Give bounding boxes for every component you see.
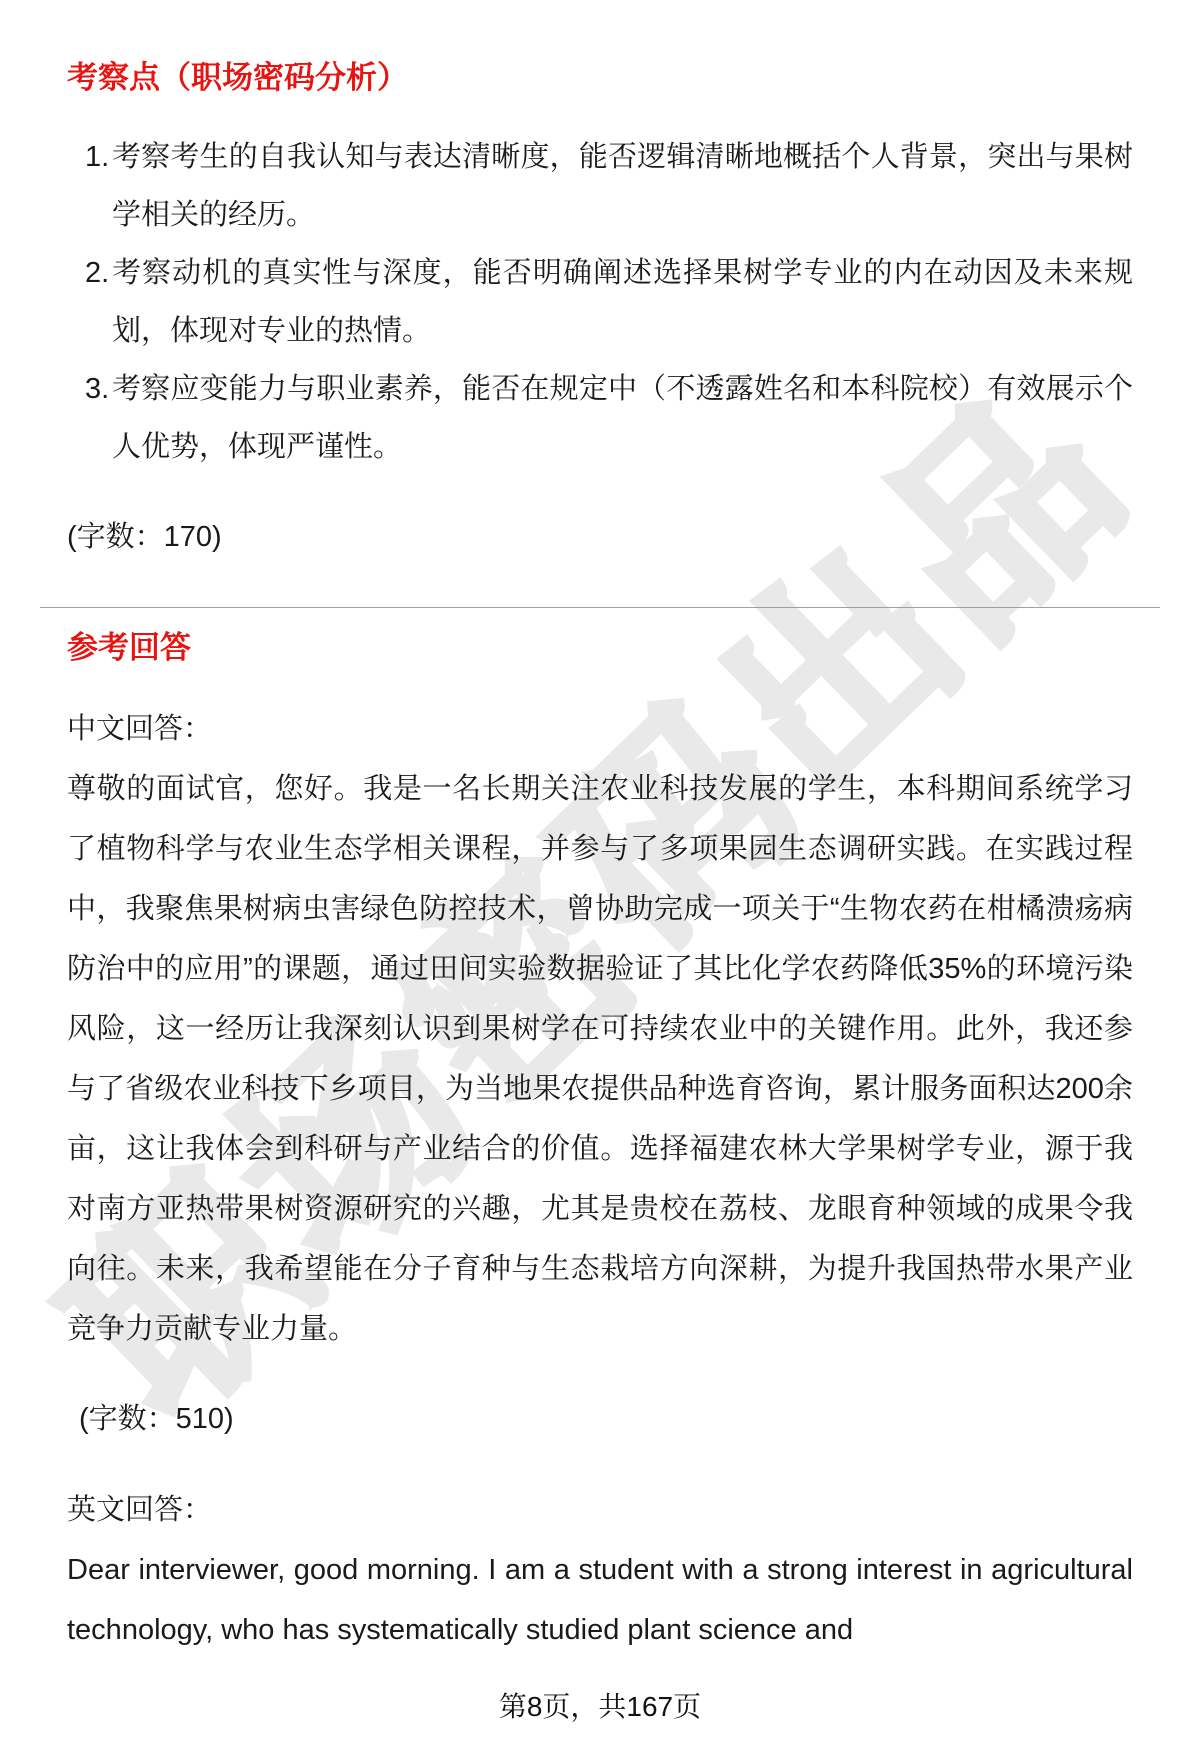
list-item: 3. 考察应变能力与职业素养，能否在规定中（不透露姓名和本科院校）有效展示个人优… — [67, 360, 1133, 476]
list-item-number: 1. — [85, 128, 112, 244]
chinese-answer-word-count: (字数：510) — [79, 1389, 1133, 1449]
list-item: 1. 考察考生的自我认知与表达清晰度，能否逻辑清晰地概括个人背景，突出与果树学相… — [67, 128, 1133, 244]
list-item-text: 考察动机的真实性与深度，能否明确阐述选择果树学专业的内在动因及未来规划，体现对专… — [112, 244, 1133, 360]
section-divider — [40, 607, 1160, 608]
chinese-answer-paragraph: 尊敬的面试官，您好。我是一名长期关注农业科技发展的学生，本科期间系统学习了植物科… — [67, 759, 1133, 1359]
english-answer-label: 英文回答： — [67, 1480, 1133, 1540]
page-content: 考察点（职场密码分析） 1. 考察考生的自我认知与表达清晰度，能否逻辑清晰地概括… — [0, 0, 1200, 1660]
analysis-list: 1. 考察考生的自我认知与表达清晰度，能否逻辑清晰地概括个人背景，突出与果树学相… — [67, 128, 1133, 476]
analysis-section-heading: 考察点（职场密码分析） — [67, 58, 1133, 98]
list-item-text: 考察应变能力与职业素养，能否在规定中（不透露姓名和本科院校）有效展示个人优势，体… — [112, 360, 1133, 476]
english-answer-paragraph: Dear interviewer, good morning. I am a s… — [67, 1540, 1133, 1660]
page-number-footer: 第8页，共167页 — [0, 1682, 1200, 1732]
analysis-word-count: (字数：170) — [67, 508, 1133, 566]
document-page: 职场密码出品 考察点（职场密码分析） 1. 考察考生的自我认知与表达清晰度，能否… — [0, 0, 1200, 1755]
list-item: 2. 考察动机的真实性与深度，能否明确阐述选择果树学专业的内在动因及未来规划，体… — [67, 244, 1133, 360]
list-item-text: 考察考生的自我认知与表达清晰度，能否逻辑清晰地概括个人背景，突出与果树学相关的经… — [112, 128, 1133, 244]
answer-section-heading: 参考回答 — [67, 628, 1133, 668]
list-item-number: 3. — [85, 360, 112, 476]
chinese-answer-label: 中文回答： — [67, 699, 1133, 759]
list-item-number: 2. — [85, 244, 112, 360]
